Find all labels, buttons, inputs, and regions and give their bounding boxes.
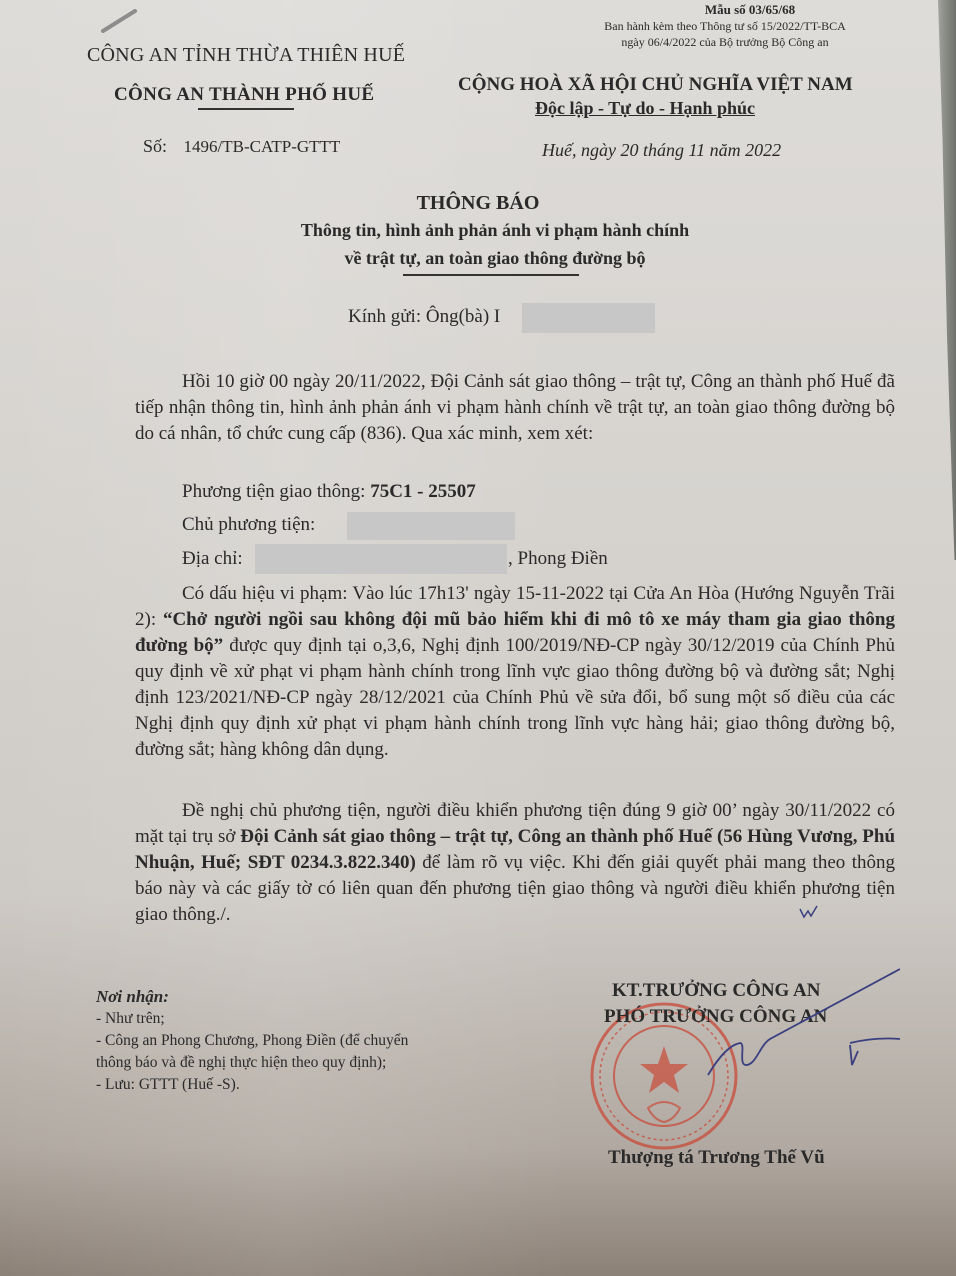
document-subtitle-line1: Thông tin, hình ảnh phản ánh vi phạm hàn…	[0, 220, 956, 241]
vehicle-plate: 75C1 - 25507	[370, 481, 476, 502]
document-number-value: 1496/TB-CATP-GTTT	[184, 137, 341, 156]
document-number: Số: 1496/TB-CATP-GTTT	[143, 136, 340, 157]
recipient-item: - Công an Phong Chương, Phong Điền (để c…	[96, 1030, 408, 1052]
national-title: CỘNG HOÀ XÃ HỘI CHỦ NGHĨA VIỆT NAM	[458, 74, 853, 96]
form-issued-line2: ngày 06/4/2022 của Bộ trưởng Bộ Công an	[560, 34, 890, 50]
place-date: Huế, ngày 20 tháng 11 năm 2022	[542, 140, 781, 161]
agency-underline	[198, 108, 294, 110]
recipient-item: - Lưu: GTTT (Huế -S).	[96, 1074, 408, 1096]
form-issued-line1: Ban hành kèm theo Thông tư số 15/2022/TT…	[560, 18, 890, 34]
recipient-item: thông báo và đề nghị thực hiện theo quy …	[96, 1052, 408, 1074]
form-number: Mẫu số 03/65/68	[600, 2, 900, 18]
recipients-block: Nơi nhận: - Như trên; - Công an Phong Ch…	[96, 986, 408, 1096]
pen-mark-icon	[95, 5, 145, 35]
signer-name: Thượng tá Trương Thế Vũ	[608, 1147, 825, 1169]
owner-redaction	[347, 512, 515, 540]
address-label: Địa chỉ:	[182, 548, 243, 569]
owner-label: Chủ phương tiện:	[182, 514, 315, 535]
signature-scribble-icon	[700, 965, 900, 1085]
form-issued-with: Ban hành kèm theo Thông tư số 15/2022/TT…	[560, 18, 890, 50]
address-suffix: , Phong Điền	[508, 548, 608, 570]
paragraph-intake: Hồi 10 giờ 00 ngày 20/11/2022, Đội Cảnh …	[135, 369, 895, 447]
salutation: Kính gửi: Ông(bà) I	[348, 306, 500, 328]
agency-name: CÔNG AN THÀNH PHỐ HUẾ	[114, 84, 374, 106]
vehicle-label: Phương tiện giao thông:	[182, 481, 370, 502]
owner-field: Chủ phương tiện:	[182, 514, 315, 536]
paragraph-violation: Có dấu hiệu vi phạm: Vào lúc 17h13' ngày…	[135, 581, 895, 763]
violation-legal-basis: được quy định tại o,3,6, Nghị định 100/2…	[135, 635, 895, 760]
agency-parent: CÔNG AN TỈNH THỪA THIÊN HUẾ	[87, 44, 405, 67]
recipient-item: - Như trên;	[96, 1008, 408, 1030]
check-mark-icon	[798, 905, 818, 919]
document-number-label: Số:	[143, 136, 167, 156]
vehicle-field: Phương tiện giao thông: 75C1 - 25507	[182, 481, 476, 503]
document-subtitle-line2: về trật tự, an toàn giao thông đường bộ	[0, 248, 956, 269]
recipient-name-redaction	[522, 303, 655, 333]
national-motto: Độc lập - Tự do - Hạnh phúc	[535, 98, 755, 119]
document-title: THÔNG BÁO	[0, 192, 956, 215]
address-redaction	[255, 544, 507, 574]
recipients-heading: Nơi nhận:	[96, 986, 408, 1008]
paragraph-request: Đề nghị chủ phương tiện, người điều khiể…	[135, 798, 895, 928]
address-field: Địa chỉ:	[182, 548, 243, 570]
subtitle-underline	[403, 274, 579, 276]
